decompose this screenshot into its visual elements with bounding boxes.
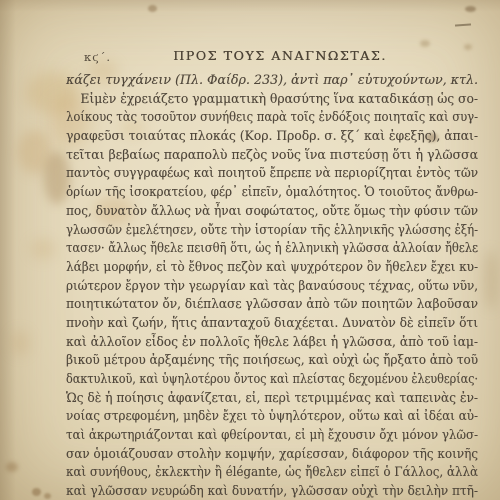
text-line: τασεν· ἄλλως ἤθελε πεισθῆ ὅτι, ὡς ἡ ἑλλη… [66, 240, 478, 259]
text-line-text: καὶ ἀλλοῖον εἶδος ἐν πολλοῖς ἤθελε λάβει… [66, 334, 478, 353]
text-line-text: τεῖται βεβαίως παραπολὺ πεζὸς νοῦς ἵνα π… [66, 147, 478, 166]
text-line: ποιητικώτατον ὄν, διέπλασε γλῶσσαν ἀπὸ τ… [66, 296, 478, 315]
text-line-text: λοίκους τὰς τοσοῦτον συνήθεις παρὰ τοῖς … [66, 109, 478, 128]
text-line: πνοὴν καὶ ζωήν, ἥτις ἁπανταχοῦ διαχέεται… [66, 315, 478, 334]
text-line-text: Ὡς δὲ ἡ ποίησις ἀφανίζεται, εἰ, περὶ τετ… [66, 390, 478, 409]
text-line: νοίας στρεφομένη, μηδὲν ἔχει τὸ ὑψηλότερ… [66, 408, 478, 427]
text-line-text: ποιητικώτατον ὄν, διέπλασε γλῶσσαν ἀπὸ τ… [66, 296, 478, 315]
text-line-text: τασεν· ἄλλως ἤθελε πεισθῆ ὅτι, ὡς ἡ ἑλλη… [66, 240, 478, 259]
text-line: καὶ συνήθους, ἐκλεκτὴν ἢ élégante, ὡς ἤθ… [66, 464, 478, 483]
folio-number: κϛ´. [84, 50, 111, 64]
running-title: ΠΡΟΣ ΤΟΥΣ ΑΝΑΓΝΩΣΤΑΣ. [120, 48, 440, 63]
stain [484, 250, 498, 310]
text-line: γραφεῦσι τοιαύτας πλοκάς (Κορ. Προδρ. σ.… [66, 128, 478, 147]
text-line-text: λάβει μορφήν, εἰ τὸ ἔθνος πεζὸν καὶ ψυχρ… [66, 259, 478, 278]
text-line-text: πος, δυνατὸν ἄλλως νὰ ἦναι σοφώτατος, οὔ… [66, 203, 478, 222]
text-line: λοίκους τὰς τοσοῦτον συνήθεις παρὰ τοῖς … [66, 109, 478, 128]
text-line-text: δακτυλικοῦ, καὶ ὑψηλοτέρου ὄντος καὶ πλε… [66, 371, 478, 390]
text-line: ταὶ ἀκρωτηριάζονται καὶ φθείρονται, εἰ μ… [66, 427, 478, 446]
stray-dash-mark [455, 23, 471, 26]
text-line: Ὡς δὲ ἡ ποίησις ἀφανίζεται, εἰ, περὶ τετ… [66, 390, 478, 409]
stain [44, 493, 51, 499]
scan-shadow-left [0, 0, 16, 500]
text-line-text: νοίας στρεφομένη, μηδὲν ἔχει τὸ ὑψηλότερ… [66, 408, 478, 427]
text-line: γλωσσῶν ἐμελέτησεν, οὔτε τὴν ἱστορίαν τῆ… [66, 222, 478, 241]
stain [420, 40, 430, 47]
text-line-text: παντὸς συγγραφέως καὶ ποιητοῦ ἔπρεπε νὰ … [66, 165, 478, 184]
text-line-text: σαν ὁμοιάζουσαν στολὴν κομψήν, χαρίεσσαν… [66, 446, 478, 465]
text-line-text: ὁρίων τῆς ἰσοκρατείου, φέρ᾽ εἰπεῖν, ὁμαλ… [66, 184, 478, 203]
text-line-text: καὶ συνήθους, ἐκλεκτὴν ἢ élégante, ὡς ἤθ… [66, 464, 478, 483]
text-line-text: ταὶ ἀκρωτηριάζονται καὶ φθείρονται, εἰ μ… [66, 427, 478, 446]
scan-shadow-top [0, 0, 500, 12]
text-line: λάβει μορφήν, εἰ τὸ ἔθνος πεζὸν καὶ ψυχρ… [66, 259, 478, 278]
stain [30, 238, 56, 260]
page-header: κϛ´. ΠΡΟΣ ΤΟΥΣ ΑΝΑΓΝΩΣΤΑΣ. [0, 48, 500, 66]
text-line: καὶ ἀλλοῖον εἶδος ἐν πολλοῖς ἤθελε λάβει… [66, 334, 478, 353]
stain [18, 130, 52, 174]
text-line-text: γλωσσῶν ἐμελέτησεν, οὔτε τὴν ἱστορίαν τῆ… [66, 222, 478, 241]
text-line: πος, δυνατὸν ἄλλως νὰ ἦναι σοφώτατος, οὔ… [66, 203, 478, 222]
text-line: τεῖται βεβαίως παραπολὺ πεζὸς νοῦς ἵνα π… [66, 147, 478, 166]
text-line: σαν ὁμοιάζουσαν στολὴν κομψήν, χαρίεσσαν… [66, 446, 478, 465]
text-line-text: καὶ γλῶσσαν νευρώδη καὶ δυνατήν, γλῶσσαν… [66, 483, 478, 500]
text-line-text: γραφεῦσι τοιαύτας πλοκάς (Κορ. Προδρ. σ.… [66, 128, 478, 147]
text-line: Εἰμὲν ἐχρειάζετο γραμματικὴ θρασύτης ἵνα… [66, 91, 478, 110]
text-line-text: βικοῦ μέτρου ἀρξαμένης τῆς ποιήσεως, καὶ… [66, 352, 478, 371]
text-line-text: πνοὴν καὶ ζωήν, ἥτις ἁπανταχοῦ διαχέεται… [66, 315, 478, 334]
text-line-text: Εἰμὲν ἐχρειάζετο γραμματικὴ θρασύτης ἵνα… [66, 91, 478, 110]
text-block: κάζει τυγχάνειν (Πλ. Φαίδρ. 233), ἀντὶ π… [66, 72, 478, 500]
text-line: ὁρίων τῆς ἰσοκρατείου, φέρ᾽ εἰπεῖν, ὁμαλ… [66, 184, 478, 203]
text-line: βικοῦ μέτρου ἀρξαμένης τῆς ποιήσεως, καὶ… [66, 352, 478, 371]
text-line-text: ριώτερον ἔργον τὴν γεωργίαν καὶ τὰς βανα… [66, 278, 478, 297]
stain [32, 488, 41, 496]
text-line: κάζει τυγχάνειν (Πλ. Φαίδρ. 233), ἀντὶ π… [66, 72, 478, 91]
book-page: κϛ´. ΠΡΟΣ ΤΟΥΣ ΑΝΑΓΝΩΣΤΑΣ. κάζει τυγχάνε… [0, 0, 500, 500]
text-line: καὶ γλῶσσαν νευρώδη καὶ δυνατήν, γλῶσσαν… [66, 483, 478, 500]
text-line: παντὸς συγγραφέως καὶ ποιητοῦ ἔπρεπε νὰ … [66, 165, 478, 184]
text-line-text: κάζει τυγχάνειν (Πλ. Φαίδρ. 233), ἀντὶ π… [66, 72, 478, 91]
text-line: δακτυλικοῦ, καὶ ὑψηλοτέρου ὄντος καὶ πλε… [66, 371, 478, 390]
text-line: ριώτερον ἔργον τὴν γεωργίαν καὶ τὰς βανα… [66, 278, 478, 297]
